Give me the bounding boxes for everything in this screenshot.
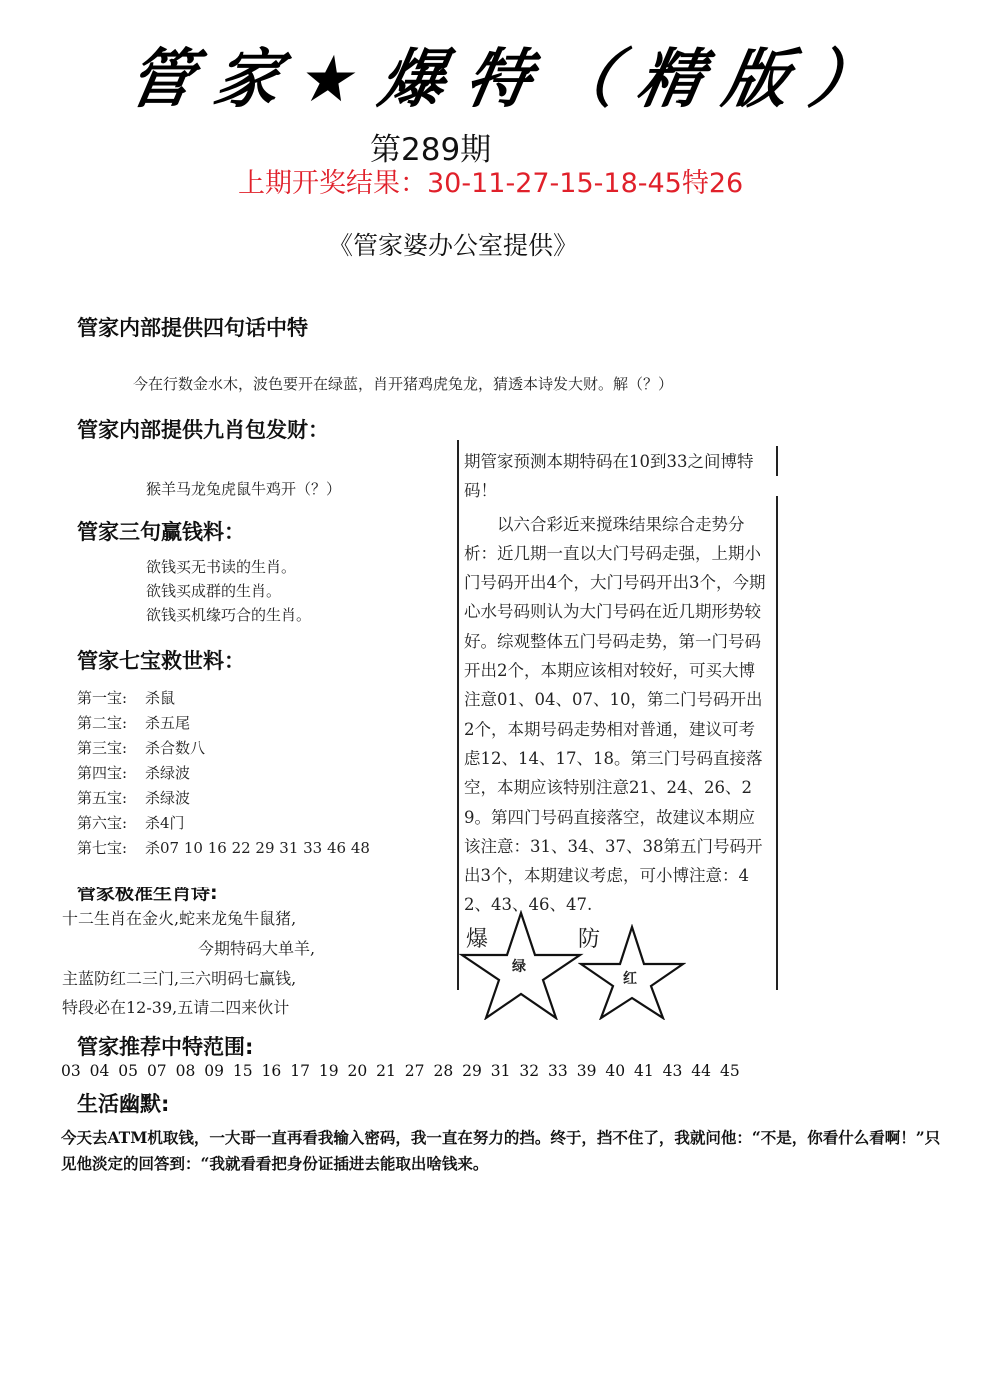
treasure-value: 杀07 10 16 22 29 31 33 46 48	[145, 839, 370, 857]
last-result-label: 上期开奖结果：	[238, 168, 427, 199]
analysis-text: 期管家预测本期特码在10到33之间博特码！ 以六合彩近来搅珠结果综合走势分析：近…	[464, 447, 770, 920]
three-sentences-title: 管家三句赢钱料：	[77, 516, 245, 546]
humor-title: 生活幽默:	[77, 1088, 169, 1118]
treasure-row: 第四宝:杀绿波	[77, 762, 190, 783]
analysis-paragraph-1: 期管家预测本期特码在10到33之间博特码！	[464, 447, 770, 506]
masthead-title: 管家★爆特（精版）	[122, 28, 906, 120]
three-sentences-line: 欲钱买成群的生肖。	[146, 580, 281, 601]
zodiac-poem-line: 今期特码大单羊,	[198, 936, 315, 959]
three-sentences-line: 欲钱买机缘巧合的生肖。	[146, 604, 311, 625]
provider-line: 《管家婆办公室提供》	[328, 226, 578, 262]
star-inner-green: 绿	[512, 956, 526, 976]
treasure-value: 杀鼠	[145, 689, 175, 707]
zodiac-poem-title: 管家极准生肖诗:	[77, 878, 218, 905]
treasure-value: 杀合数八	[145, 739, 205, 757]
treasure-row: 第一宝:杀鼠	[77, 687, 175, 708]
treasure-row: 第三宝:杀合数八	[77, 737, 205, 758]
treasure-row: 第六宝:杀4门	[77, 812, 185, 833]
recommended-range-numbers: 03 04 05 07 08 09 15 16 17 19 20 21 27 2…	[61, 1062, 740, 1080]
three-sentences-line: 欲钱买无书读的生肖。	[146, 556, 296, 577]
treasure-key: 第四宝:	[77, 762, 145, 783]
treasure-key: 第二宝:	[77, 712, 145, 733]
star-inner-red: 红	[623, 968, 637, 988]
last-result: 上期开奖结果：30-11-27-15-18-45特26	[238, 161, 743, 200]
last-result-value: 30-11-27-15-18-45特26	[427, 168, 743, 199]
treasure-key: 第一宝:	[77, 687, 145, 708]
treasure-key: 第五宝:	[77, 787, 145, 808]
treasure-value: 杀绿波	[145, 789, 190, 807]
treasure-value: 杀五尾	[145, 714, 190, 732]
analysis-paragraph-2: 以六合彩近来搅珠结果综合走势分析：近几期一直以大门号码走强，上期小门号码开出4个…	[464, 510, 770, 920]
analysis-box-right-border	[776, 446, 778, 476]
analysis-box-right-border	[776, 496, 778, 990]
treasure-row: 第七宝:杀07 10 16 22 29 31 33 46 48	[77, 837, 370, 858]
treasure-key: 第七宝:	[77, 837, 145, 858]
nine-zodiac-title: 管家内部提供九肖包发财：	[77, 414, 329, 444]
treasure-key: 第三宝:	[77, 737, 145, 758]
seven-treasures-title: 管家七宝救世料：	[77, 645, 245, 675]
zodiac-poem-line: 特段必在12-39,五请二四来伙计	[62, 995, 289, 1018]
treasure-row: 第五宝:杀绿波	[77, 787, 190, 808]
treasure-value: 杀绿波	[145, 764, 190, 782]
treasure-key: 第六宝:	[77, 812, 145, 833]
zodiac-poem-line: 主蓝防红二三门,三六明码七赢钱,	[62, 966, 296, 989]
treasure-row: 第二宝:杀五尾	[77, 712, 190, 733]
four-sentences-title: 管家内部提供四句话中特	[77, 312, 308, 342]
nine-zodiac-text: 猴羊马龙兔虎鼠牛鸡开（？）	[146, 478, 341, 499]
humor-text: 今天去ATM机取钱，一大哥一直再看我输入密码，我一直在努力的挡。终于，挡不住了，…	[61, 1125, 941, 1177]
treasure-value: 杀4门	[145, 814, 185, 832]
zodiac-poem-line: 十二生肖在金火,蛇来龙兔牛鼠猪,	[62, 906, 296, 929]
recommended-range-title: 管家推荐中特范围:	[77, 1031, 253, 1061]
four-sentences-text: 今在行数金水木，波色要开在绿蓝，肖开猪鸡虎兔龙，猜透本诗发大财。解（？）	[133, 373, 673, 394]
